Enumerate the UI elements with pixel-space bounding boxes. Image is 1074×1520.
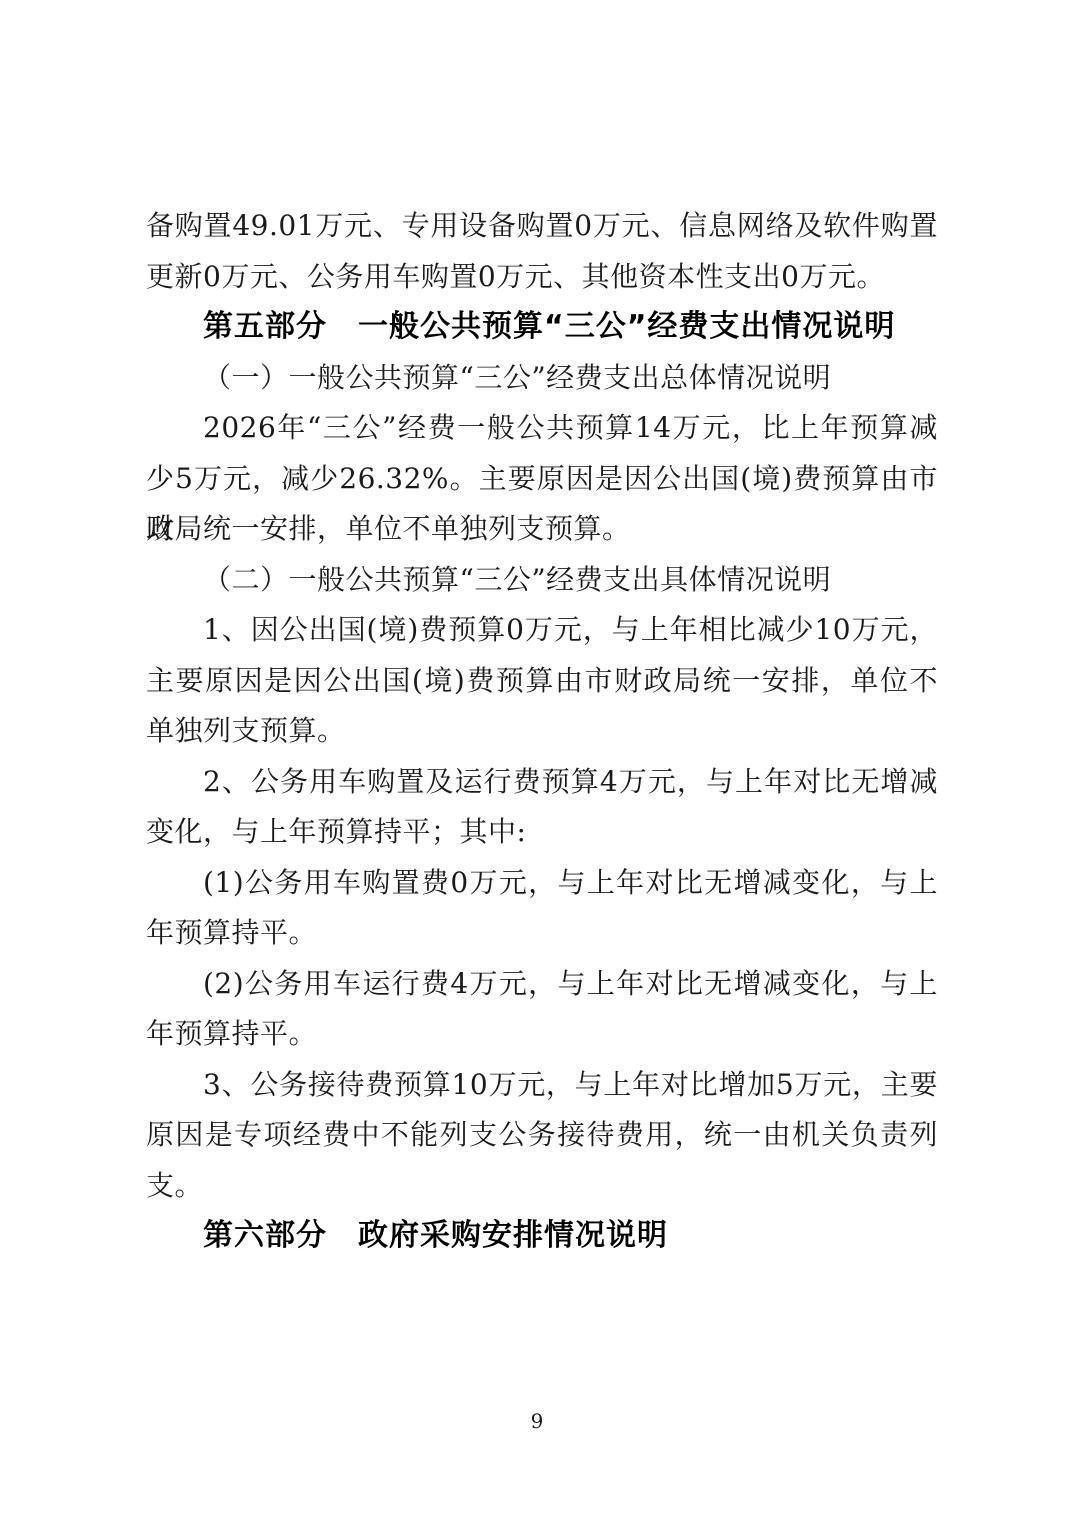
- text-line: 3、公务接待费预算10万元，与上年对比增加5万元，主要: [146, 1060, 938, 1111]
- text-line: 备购置49.01万元、专用设备购置0万元、信息网络及软件购置: [146, 201, 938, 252]
- text-line: (1)公务用车购置费0万元，与上年对比无增减变化，与上: [146, 858, 938, 909]
- text-line: 2026年“三公”经费一般公共预算14万元，比上年预算减: [146, 403, 938, 454]
- section-heading: 第六部分 政府采购安排情况说明: [146, 1211, 938, 1262]
- text-line: 少5万元，减少26.32%。主要原因是因公出国(境)费预算由市财: [146, 454, 938, 505]
- text-line: 变化，与上年预算持平；其中:: [146, 807, 938, 858]
- text-line: 原因是专项经费中不能列支公务接待费用，统一由机关负责列: [146, 1110, 938, 1161]
- section-heading: 第五部分 一般公共预算“三公”经费支出情况说明: [146, 302, 938, 353]
- text-line: 年预算持平。: [146, 1009, 938, 1060]
- text-line: 2、公务用车购置及运行费预算4万元，与上年对比无增减: [146, 757, 938, 808]
- text-line: 年预算持平。: [146, 908, 938, 959]
- page-number: 9: [0, 1408, 1074, 1434]
- text-line: 1、因公出国(境)费预算0万元，与上年相比减少10万元，: [146, 605, 938, 656]
- text-line: 单独列支预算。: [146, 706, 938, 757]
- document-page: 备购置49.01万元、专用设备购置0万元、信息网络及软件购置更新0万元、公务用车…: [0, 0, 1074, 1520]
- document-body: 备购置49.01万元、专用设备购置0万元、信息网络及软件购置更新0万元、公务用车…: [146, 201, 938, 1262]
- text-line: 支。: [146, 1161, 938, 1212]
- text-line: 更新0万元、公务用车购置0万元、其他资本性支出0万元。: [146, 252, 938, 303]
- text-line: （一）一般公共预算“三公”经费支出总体情况说明: [146, 353, 938, 404]
- text-line: 主要原因是因公出国(境)费预算由市财政局统一安排，单位不: [146, 656, 938, 707]
- text-line: 政局统一安排，单位不单独列支预算。: [146, 504, 938, 555]
- text-line: (2)公务用车运行费4万元，与上年对比无增减变化，与上: [146, 959, 938, 1010]
- text-line: （二）一般公共预算“三公”经费支出具体情况说明: [146, 555, 938, 606]
